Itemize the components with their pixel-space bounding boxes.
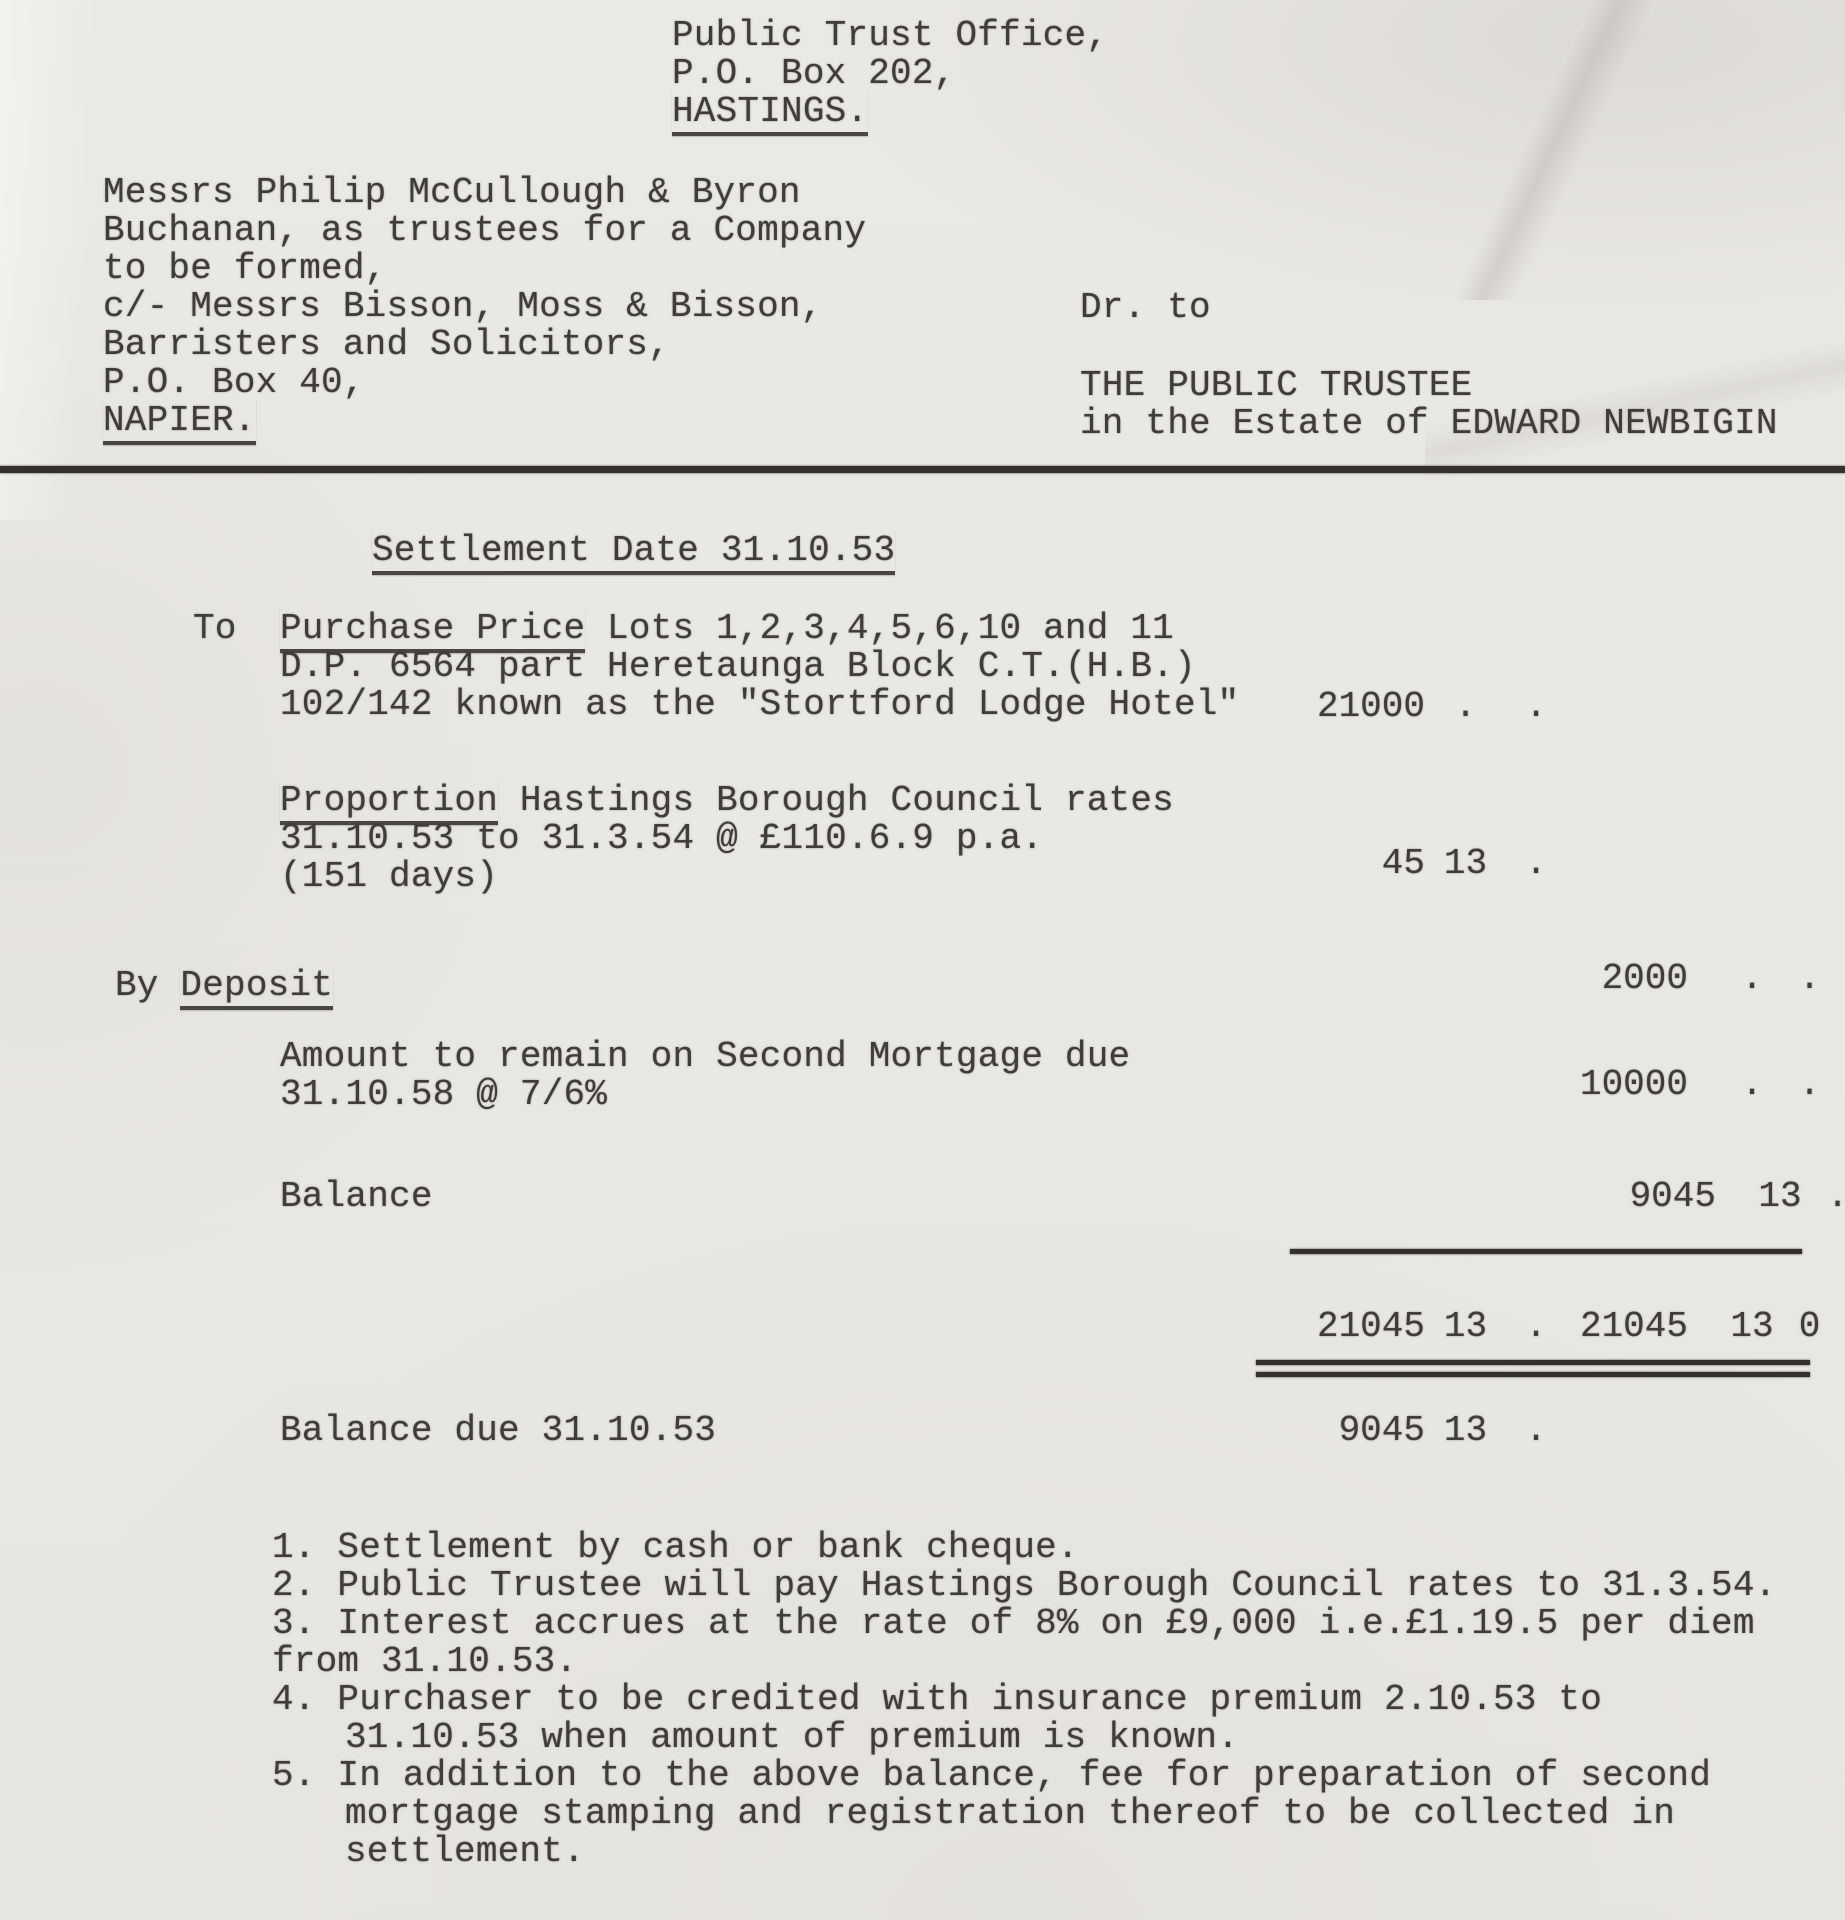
note-line: from 31.10.53. bbox=[272, 1643, 1776, 1681]
note-line: 31.10.53 when amount of premium is known… bbox=[345, 1719, 1776, 1757]
amount-shillings: . bbox=[1722, 1066, 1782, 1104]
purchase-price-line1: Purchase Price Lots 1,2,3,4,5,6,10 and 1… bbox=[280, 610, 1174, 648]
estate-line: in the Estate of EDWARD NEWBIGIN bbox=[1080, 405, 1778, 443]
office-address-line2: P.O. Box 202, bbox=[672, 55, 955, 93]
total-credit-shillings: 13 bbox=[1722, 1308, 1782, 1346]
note-line: 4. Purchaser to be credited with insuran… bbox=[272, 1681, 1776, 1719]
amount-pounds: 10000 bbox=[1450, 1066, 1688, 1104]
amount-row-rates: 45 13 . bbox=[0, 845, 1845, 885]
recipient-line: Barristers and Solicitors, bbox=[103, 326, 670, 364]
totals-top-rule bbox=[1290, 1249, 1802, 1254]
total-credit-pence: 0 bbox=[1782, 1308, 1837, 1346]
note-line: mortgage stamping and registration there… bbox=[345, 1795, 1776, 1833]
amount-pounds: 21000 bbox=[1180, 688, 1425, 726]
settlement-date-heading: Settlement Date 31.10.53 bbox=[372, 532, 895, 570]
totals-double-rule-bottom bbox=[1256, 1372, 1810, 1377]
note-line: 3. Interest accrues at the rate of 8% on… bbox=[272, 1605, 1776, 1643]
amount-row-purchase: 21000 . . bbox=[0, 688, 1845, 728]
amount-pence: . bbox=[1505, 1412, 1567, 1450]
amount-shillings: . bbox=[1722, 960, 1782, 998]
amount-row-balance-due: 9045 13 . bbox=[0, 1412, 1845, 1452]
recipient-city-underlined: NAPIER. bbox=[103, 400, 256, 445]
payee-name: THE PUBLIC TRUSTEE bbox=[1080, 367, 1472, 405]
total-credit-pounds: 21045 bbox=[1450, 1308, 1688, 1346]
amount-shillings: 13 bbox=[1750, 1178, 1810, 1216]
note-line: 2. Public Trustee will pay Hastings Boro… bbox=[272, 1567, 1776, 1605]
purchase-price-line2: D.P. 6564 part Heretaunga Block C.T.(H.B… bbox=[280, 648, 1196, 686]
note-line: 5. In addition to the above balance, fee… bbox=[272, 1757, 1776, 1795]
amount-row-deposit: 2000 . . bbox=[0, 960, 1845, 1000]
amount-pence: . bbox=[1782, 960, 1837, 998]
totals-double-rule-top bbox=[1256, 1360, 1810, 1365]
note-line: settlement. bbox=[345, 1833, 1776, 1871]
recipient-city: NAPIER. bbox=[103, 402, 256, 440]
paper-highlight bbox=[0, 0, 120, 520]
office-address-line1: Public Trust Office, bbox=[672, 17, 1108, 55]
paper-crease bbox=[1285, 0, 1845, 300]
purchase-price-rest: Lots 1,2,3,4,5,6,10 and 11 bbox=[585, 608, 1174, 649]
amount-pounds: 2000 bbox=[1450, 960, 1688, 998]
amount-shillings: . bbox=[1438, 688, 1493, 726]
document-page: Public Trust Office, P.O. Box 202, HASTI… bbox=[0, 0, 1845, 1920]
settlement-date-underlined: Settlement Date 31.10.53 bbox=[372, 530, 895, 575]
notes-list: 1. Settlement by cash or bank cheque.2. … bbox=[272, 1529, 1776, 1871]
rates-line1: Proportion Hastings Borough Council rate… bbox=[280, 782, 1174, 820]
dr-to-label: Dr. to bbox=[1080, 289, 1211, 327]
amount-row-mortgage: 10000 . . bbox=[0, 1066, 1845, 1106]
amount-pence: . bbox=[1505, 688, 1567, 726]
total-debit-pounds: 21045 bbox=[1180, 1308, 1425, 1346]
amount-pence: . bbox=[1505, 845, 1567, 883]
amount-shillings: 13 bbox=[1438, 1412, 1493, 1450]
amount-pence: . bbox=[1782, 1066, 1837, 1104]
amount-row-totals: 21045 13 . 21045 13 0 bbox=[0, 1308, 1845, 1348]
rates-rest: Hastings Borough Council rates bbox=[498, 780, 1174, 821]
amount-pounds: 9045 bbox=[1180, 1412, 1425, 1450]
recipient-line: P.O. Box 40, bbox=[103, 364, 365, 402]
recipient-line: Messrs Philip McCullough & Byron bbox=[103, 174, 801, 212]
recipient-line: to be formed, bbox=[103, 250, 386, 288]
office-city-underlined: HASTINGS. bbox=[672, 91, 868, 136]
recipient-line: c/- Messrs Bisson, Moss & Bisson, bbox=[103, 288, 823, 326]
amount-pounds: 45 bbox=[1180, 845, 1425, 883]
amount-row-balance: 9045 13 . bbox=[28, 1178, 1845, 1218]
note-line: 1. Settlement by cash or bank cheque. bbox=[272, 1529, 1776, 1567]
recipient-line: Buchanan, as trustees for a Company bbox=[103, 212, 866, 250]
amount-shillings: 13 bbox=[1438, 845, 1493, 883]
amount-pence: . bbox=[1810, 1178, 1845, 1216]
amount-pounds: 9045 bbox=[1478, 1178, 1716, 1216]
header-divider-rule bbox=[0, 466, 1845, 473]
to-label: To bbox=[193, 610, 237, 648]
office-address-city: HASTINGS. bbox=[672, 93, 868, 131]
